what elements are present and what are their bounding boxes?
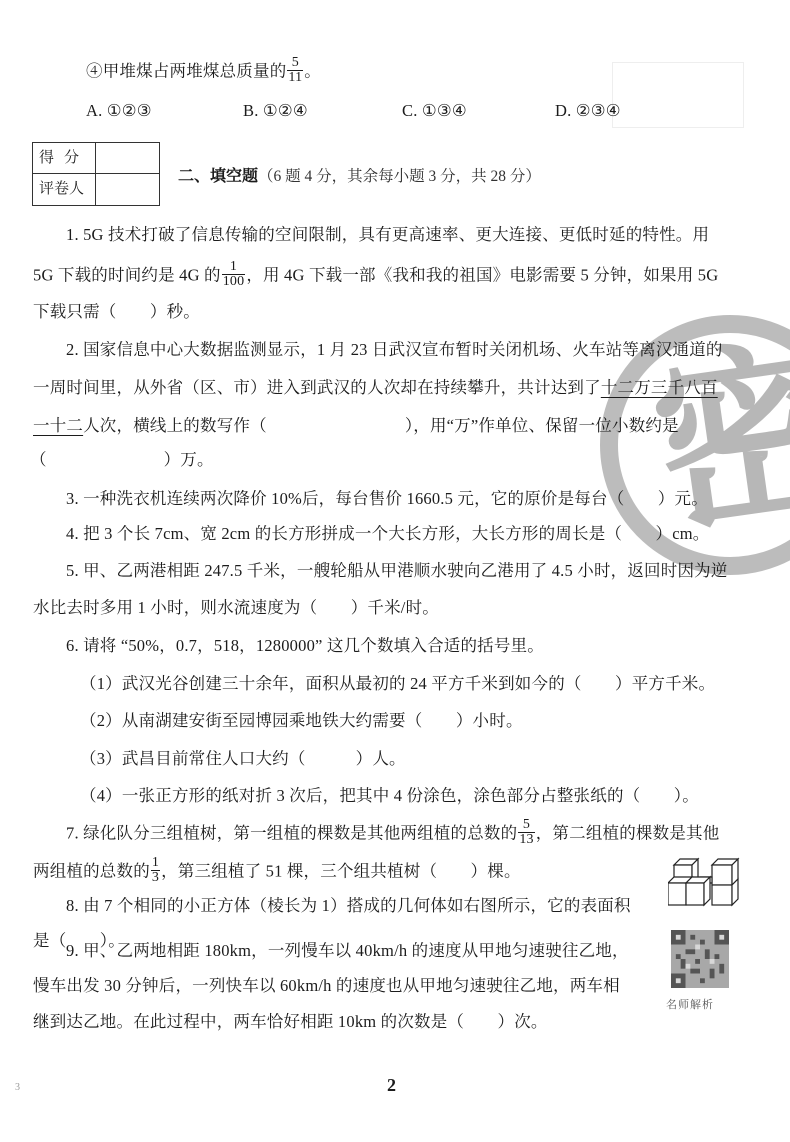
q6-sub-2[interactable]: （2）从南湖建安街至园博园乘地铁大约需要（ ）小时。 [80,710,523,732]
page-number: 2 [387,1075,396,1096]
qr-code-icon[interactable] [670,930,730,988]
q9-line-2: 慢车出发 30 分钟后，一列快车以 60km/h 的速度也从甲地匀速驶往乙地，两… [33,975,620,997]
prev-question-item-4: ④甲堆煤占两堆煤总质量的511。 [86,58,321,87]
q9-line-1: 9. 甲、乙两地相距 180km，一列慢车以 40km/h 的速度从甲地匀速驶往… [66,940,629,962]
cube-solid-figure [668,855,748,915]
q6-sub-4[interactable]: （4）一张正方形的纸对折 3 次后，把其中 4 份涂色，涂色部分占整张纸的（ ）… [80,785,699,807]
section-note: （6 题 4 分，其余每小题 3 分，共 28 分） [258,168,541,185]
option-a[interactable]: A. ①②③ [86,100,152,122]
qr-label: 名师解析 [666,996,714,1012]
fraction: 513 [518,818,534,847]
q1-line-3[interactable]: 下载只需（ ）秒。 [33,301,200,323]
option-b[interactable]: B. ①②④ [243,100,308,122]
q9-line-3[interactable]: 继到达乙地。在此过程中，两车恰好相距 10km 的次数是（ ）次。 [33,1011,548,1033]
q5-line-1: 5. 甲、乙两港相距 247.5 千米，一艘轮船从甲港顺水驶向乙港用了 4.5 … [66,560,728,582]
fraction: 1100 [222,260,246,289]
q6-sub-1[interactable]: （1）武汉光谷创建三十余年，面积从最初的 24 平方千米到如今的（ ）平方千米。 [80,673,715,695]
underlined-number-text: 一十二 [33,416,83,435]
fraction: 13 [151,856,160,885]
q4-line[interactable]: 4. 把 3 个长 7cm、宽 2cm 的长方形拼成一个大长方形，大长方形的周长… [66,523,709,545]
stamp-character: 密 [643,333,790,548]
faint-bleedthrough-box [612,62,744,128]
q6-sub-3[interactable]: （3）武昌目前常住人口大约（ ）人。 [80,748,406,770]
q7-line-2[interactable]: 两组植的总数的13，第三组植了 51 棵，三个组共植树（ ）棵。 [33,858,521,887]
q5-line-2[interactable]: 水比去时多用 1 小时，则水流速度为（ ）千米/时。 [33,597,439,619]
grader-label: 评卷人 [33,174,96,205]
grader-field[interactable] [96,174,159,205]
q2-line-4[interactable]: （ ）万。 [30,449,214,471]
option-c[interactable]: C. ①③④ [402,100,467,122]
section-title: 二、填空题（6 题 4 分，其余每小题 3 分，共 28 分） [178,163,541,186]
q1-line-1: 1. 5G 技术打破了信息传输的空间限制，具有更高速率、更大连接、更低时延的特性… [66,224,709,246]
score-box: 得分 评卷人 [32,142,160,206]
q6-stem: 6. 请将 “50%，0.7，518，1280000” 这几个数填入合适的括号里… [66,635,544,657]
q8-line-1: 8. 由 7 个相同的小正方体（棱长为 1）搭成的几何体如右图所示，它的表面积 [66,895,631,917]
q3-line[interactable]: 3. 一种洗衣机连续两次降价 10%后，每台售价 1660.5 元，它的原价是每… [66,488,708,510]
fraction: 511 [287,56,303,85]
q2-line-3[interactable]: 一十二人次，横线上的数写作（），用“万”作单位、保留一位小数约是 [33,415,679,437]
q1-line-2: 5G 下载的时间约是 4G 的1100，用 4G 下载一部《我和我的祖国》电影需… [33,262,718,291]
q2-line-2: 一周时间里，从外省（区、市）进入到武汉的人次却在持续攀升，共计达到了十二万三千八… [33,377,718,399]
q2-line-1: 2. 国家信息中心大数据监测显示，1 月 23 日武汉宣布暂时关闭机场、火车站等… [66,339,723,361]
q7-line-1: 7. 绿化队分三组植树，第一组植的棵数是其他两组植的总数的513，第二组植的棵数… [66,820,719,849]
score-label: 得分 [33,143,96,174]
exam-page: 密 ④甲堆煤占两堆煤总质量的511。 A. ①②③ B. ①②④ C. ①③④ … [0,0,790,1142]
option-d[interactable]: D. ②③④ [555,100,621,122]
corner-mark: 3 [15,1082,20,1093]
score-field[interactable] [96,143,159,174]
underlined-number-text: 十二万三千八百 [601,378,718,397]
